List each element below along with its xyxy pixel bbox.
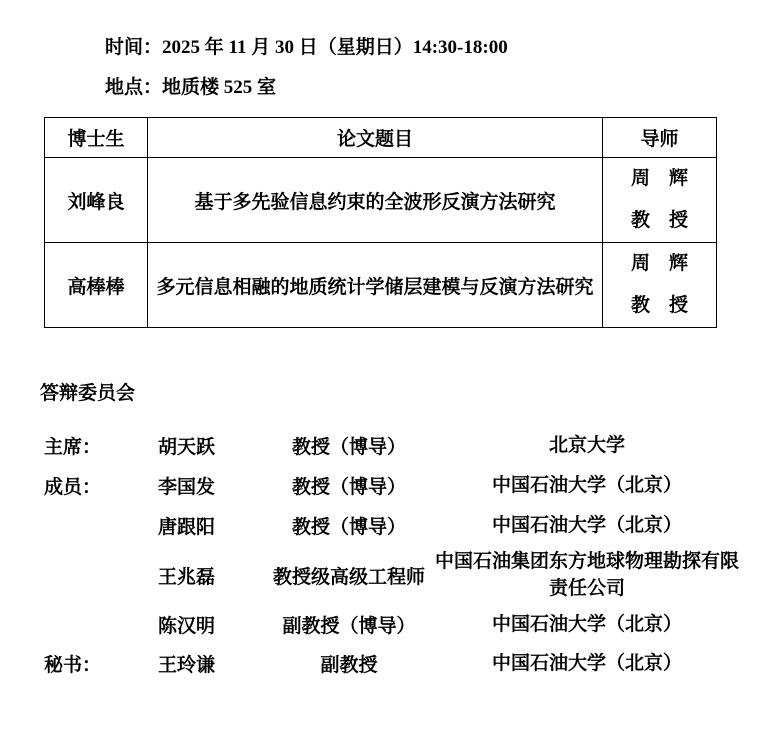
committee-title: 答辩委员会 [40, 383, 135, 405]
member-name: 王兆磊 [158, 562, 268, 589]
advisor-cell: 周 辉 教 授 [603, 243, 717, 328]
student-name-cell: 高棒棒 [45, 243, 148, 328]
advisor-name: 周 辉 [603, 243, 716, 285]
committee-member-row: 秘书： 王玲谦 副教授 中国石油大学（北京） [44, 644, 744, 683]
member-name: 王玲谦 [158, 650, 268, 677]
committee-member-row: 成员： 李国发 教授（博导） 中国石油大学（北京） [44, 465, 744, 505]
committee-member-row: 唐跟阳 教授（博导） 中国石油大学（北京） [44, 505, 744, 545]
advisor-cell: 周 辉 教 授 [603, 158, 717, 243]
member-name: 胡天跃 [158, 432, 268, 459]
member-role: 秘书： [44, 650, 158, 677]
time-value: 2025 年 11 月 30 日（星期日）14:30-18:00 [162, 37, 508, 58]
member-title: 教授（博导） [268, 512, 430, 539]
column-header-advisor: 导师 [603, 118, 717, 158]
member-affiliation: 中国石油集团东方地球物理勘探有限责任公司 [430, 548, 744, 602]
member-affiliation: 中国石油大学（北京） [430, 611, 744, 638]
member-affiliation: 中国石油大学（北京） [430, 512, 744, 539]
defense-schedule-table: 博士生 论文题目 导师 刘峰良 基于多先验信息约束的全波形反演方法研究 周 辉 … [44, 117, 717, 328]
student-name-cell: 刘峰良 [45, 158, 148, 243]
member-name: 唐跟阳 [158, 512, 268, 539]
advisor-title: 教 授 [603, 200, 716, 242]
member-role: 主席： [44, 432, 158, 459]
location-value: 地质楼 525 室 [162, 77, 276, 98]
member-title: 教授（博导） [268, 432, 430, 459]
committee-list: 主席： 胡天跃 教授（博导） 北京大学 成员： 李国发 教授（博导） 中国石油大… [44, 425, 744, 683]
member-title: 教授（博导） [268, 472, 430, 499]
member-title: 副教授 [268, 650, 430, 677]
member-name: 李国发 [158, 472, 268, 499]
member-affiliation: 中国石油大学（北京） [430, 650, 744, 677]
committee-member-row: 主席： 胡天跃 教授（博导） 北京大学 [44, 425, 744, 465]
table-header-row: 博士生 论文题目 导师 [45, 118, 717, 158]
time-label: 时间： [105, 37, 162, 58]
committee-member-row: 陈汉明 副教授（博导） 中国石油大学（北京） [44, 605, 744, 644]
column-header-student: 博士生 [45, 118, 148, 158]
member-affiliation: 北京大学 [430, 432, 744, 459]
member-title: 副教授（博导） [268, 611, 430, 638]
advisor-name: 周 辉 [603, 158, 716, 200]
thesis-title-cell: 基于多先验信息约束的全波形反演方法研究 [148, 158, 603, 243]
member-title: 教授级高级工程师 [268, 562, 430, 589]
member-role: 成员： [44, 472, 158, 499]
member-name: 陈汉明 [158, 611, 268, 638]
table-row: 刘峰良 基于多先验信息约束的全波形反演方法研究 周 辉 教 授 [45, 158, 717, 243]
document-page: 时间：2025 年 11 月 30 日（星期日）14:30-18:00 地点：地… [0, 0, 772, 742]
time-line: 时间：2025 年 11 月 30 日（星期日）14:30-18:00 [105, 37, 508, 59]
column-header-thesis: 论文题目 [148, 118, 603, 158]
location-line: 地点：地质楼 525 室 [105, 77, 276, 99]
member-affiliation: 中国石油大学（北京） [430, 472, 744, 499]
committee-member-row: 王兆磊 教授级高级工程师 中国石油集团东方地球物理勘探有限责任公司 [44, 545, 744, 605]
advisor-title: 教 授 [603, 285, 716, 327]
table-row: 高棒棒 多元信息相融的地质统计学储层建模与反演方法研究 周 辉 教 授 [45, 243, 717, 328]
location-label: 地点： [105, 77, 162, 98]
thesis-title-cell: 多元信息相融的地质统计学储层建模与反演方法研究 [148, 243, 603, 328]
